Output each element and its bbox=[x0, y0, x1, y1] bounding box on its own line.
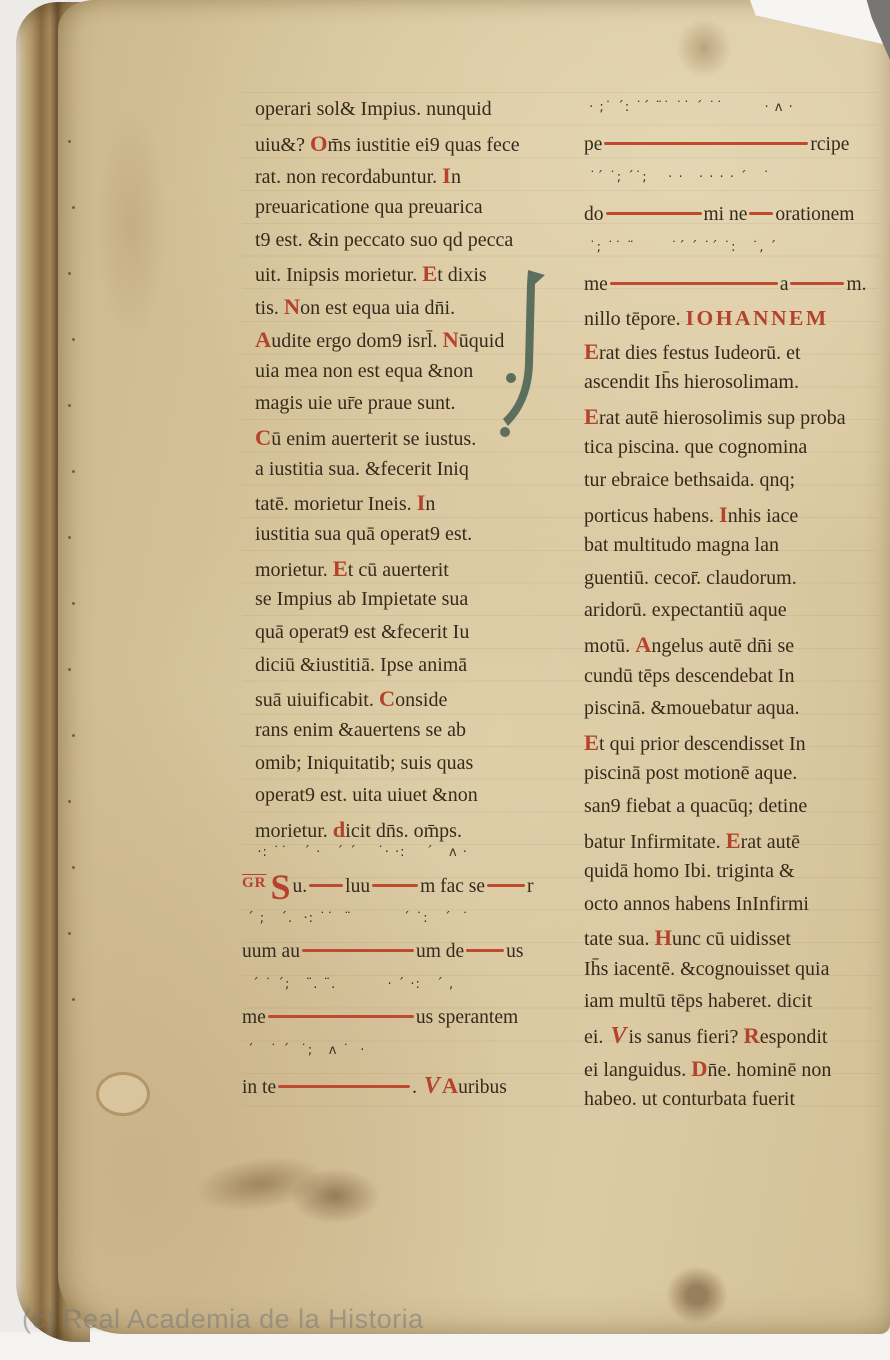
ink-text: cundū tēps descendebat In bbox=[584, 665, 794, 687]
ink-text: tur ebraice bethsaida. qnq; bbox=[584, 469, 795, 491]
ink-text: uia mea non est equa &non bbox=[255, 360, 473, 382]
manuscript-text-line: quā operat9 est &fecerit Iu bbox=[255, 621, 557, 654]
ink-text: r bbox=[527, 876, 534, 897]
melisma-extension-line bbox=[606, 212, 702, 215]
ink-text: bat multitudo magna lan bbox=[584, 534, 779, 556]
manuscript-text-line: uiu&? Om̄s iustitie ei9 quas fece bbox=[255, 131, 557, 164]
manuscript-text-line: san9 fiebat a quacūq; detine bbox=[584, 795, 888, 828]
melisma-extension-line bbox=[790, 282, 844, 285]
scanner-background bbox=[0, 1332, 890, 1360]
prick-mark bbox=[68, 404, 71, 407]
manuscript-text-line: t9 est. &in peccato suo qd pecca bbox=[255, 229, 557, 262]
red-initial: O bbox=[310, 131, 328, 156]
ink-text: rcipe bbox=[810, 134, 849, 155]
ink-text: iustitia sua quā operat9 est. bbox=[255, 523, 472, 545]
music-system: ´ ˙ ´; ¨. ¨. · ´ ·: ´ ,meus sperantem bbox=[242, 977, 560, 1043]
melisma-extension-line bbox=[604, 142, 808, 145]
fore-edge-tab bbox=[96, 1072, 150, 1116]
red-initial: R bbox=[743, 1023, 759, 1048]
red-initial: H bbox=[655, 925, 673, 950]
ink-text: rat dies festus Iudeorū. et bbox=[599, 342, 801, 364]
ink-text: t9 est. &in peccato suo qd pecca bbox=[255, 229, 513, 251]
ink-text: luu bbox=[345, 876, 370, 897]
manuscript-scan: operari sol& Impius. nunquiduiu&? Om̄s i… bbox=[0, 0, 890, 1360]
ink-text: diciū &iustitiā. Ipse animā bbox=[255, 654, 467, 676]
ink-text: ei languidus. bbox=[584, 1059, 691, 1081]
versus-mark: V bbox=[424, 1073, 440, 1099]
music-text-row: uum auum deus bbox=[242, 941, 560, 963]
ink-text: icit dn̄s. om̄ps. bbox=[345, 820, 462, 842]
ink-text: ei. bbox=[584, 1026, 608, 1048]
manuscript-text-line: ei languidus. Dn̄e. hominē non bbox=[584, 1056, 888, 1089]
melisma-extension-line bbox=[749, 212, 773, 215]
ink-text: do bbox=[584, 204, 604, 225]
ink-text: unc cū uidisset bbox=[672, 928, 791, 950]
manuscript-text-line: tica piscina. que cognomina bbox=[584, 436, 888, 469]
red-initial: N bbox=[443, 327, 459, 352]
manuscript-text-line: suā uiuificabit. Conside bbox=[255, 686, 557, 719]
manuscript-text-line: operat9 est. uita uiuet &non bbox=[255, 784, 557, 817]
manuscript-text-line: rat. non recordabuntur. In bbox=[255, 163, 557, 196]
music-system: ˙; ˙˙ ¨ ˙´ ´ ˙´ ˙: ˙, ´meam. bbox=[584, 240, 884, 310]
manuscript-text-line: tate sua. Hunc cū uidisset bbox=[584, 925, 888, 958]
red-initial: N bbox=[284, 294, 300, 319]
music-system: ´ ˙ ´ ˙; ʌ ˙ ·in te. VAuribus bbox=[242, 1043, 560, 1109]
ink-text: morietur. bbox=[255, 820, 333, 842]
ink-text: m fac se bbox=[420, 876, 485, 897]
rubric: IOHANNEM bbox=[686, 306, 829, 330]
ink-text: batur Infirmitate. bbox=[584, 831, 726, 853]
prick-mark bbox=[72, 734, 75, 737]
manuscript-text-line: Ih̄s iacentē. &cognouisset quia bbox=[584, 958, 888, 991]
ink-text: is sanus fieri? bbox=[628, 1026, 743, 1048]
ink-text: mi ne bbox=[704, 204, 748, 225]
manuscript-text-line: Et qui prior descendisset In bbox=[584, 730, 888, 763]
melisma-extension-line bbox=[309, 884, 343, 887]
red-initial: C bbox=[255, 425, 271, 450]
prick-mark bbox=[68, 668, 71, 671]
neumes-row: ´ ˙ ´ ˙; ʌ ˙ · bbox=[242, 1043, 560, 1073]
left-text-column: operari sol& Impius. nunquiduiu&? Om̄s i… bbox=[255, 98, 557, 850]
ink-text: ngelus autē dn̄i se bbox=[651, 635, 794, 657]
left-music-gradual: ·: ˙˙ ´ · ´ ´ ˙· ·: ´ ʌ ·GRSu.luum fac s… bbox=[242, 845, 560, 1109]
ink-text: udite ergo dom9 isrl̄. bbox=[271, 330, 442, 352]
prick-mark bbox=[72, 866, 75, 869]
ink-text: habeo. ut conturbata fuerit bbox=[584, 1088, 795, 1110]
ink-text: se Impius ab Impietate sua bbox=[255, 588, 468, 610]
right-music-verse: · ;˙ ´: ˙´ ¨˙ ˙˙ ´ ˙˙ · ʌ ·percipe ˙´ ˙;… bbox=[584, 100, 884, 310]
prick-mark bbox=[68, 272, 71, 275]
manuscript-text-line: preuaricatione qua preuarica bbox=[255, 196, 557, 229]
ink-text: rat autē bbox=[741, 831, 800, 853]
ink-text: t qui prior descendisset In bbox=[599, 733, 806, 755]
ink-text: m̄s iustitie ei9 quas fece bbox=[328, 134, 520, 156]
melisma-extension-line bbox=[302, 949, 414, 952]
red-initial: E bbox=[584, 404, 599, 429]
melisma-extension-line bbox=[610, 282, 778, 285]
ink-text: on est equa uia dn̄i. bbox=[300, 297, 455, 319]
ink-text: octo annos habens InInfirmi bbox=[584, 893, 809, 915]
ink-text: preuaricatione qua preuarica bbox=[255, 196, 483, 218]
manuscript-text-line: ascendit Ih̄s hierosolimam. bbox=[584, 371, 888, 404]
ink-text: n̄e. hominē non bbox=[707, 1059, 831, 1081]
ink-text: ascendit Ih̄s hierosolimam. bbox=[584, 371, 799, 393]
ink-text: suā uiuificabit. bbox=[255, 689, 379, 711]
ink-text: iam multū tēps haberet. dicit bbox=[584, 990, 812, 1012]
ink-text: u. bbox=[293, 876, 308, 897]
music-system: ˙´ ˙; ´˙; · · · · · · ´ ˙domi neoratione… bbox=[584, 170, 884, 240]
ink-text: me bbox=[242, 1007, 266, 1028]
ink-text: magis uie ur̄e praue sunt. bbox=[255, 392, 456, 414]
green-initial-I-icon bbox=[498, 268, 550, 438]
prick-mark bbox=[68, 800, 71, 803]
manuscript-text-line: batur Infirmitate. Erat autē bbox=[584, 828, 888, 861]
music-text-row: percipe bbox=[584, 134, 884, 156]
music-text-row: GRSu.luum fac ser bbox=[242, 875, 560, 898]
manuscript-text-line: omib; Iniquitatib; suis quas bbox=[255, 752, 557, 785]
ink-text: me bbox=[584, 274, 608, 295]
manuscript-text-line: se Impius ab Impietate sua bbox=[255, 588, 557, 621]
gradual-label: GR bbox=[242, 875, 267, 891]
red-initial: A bbox=[255, 327, 271, 352]
melisma-extension-line bbox=[466, 949, 504, 952]
ink-text: n bbox=[425, 493, 435, 515]
red-initial: A bbox=[442, 1073, 458, 1098]
versus-mark: V bbox=[610, 1023, 626, 1049]
ink-text: piscinā. &mouebatur aqua. bbox=[584, 697, 800, 719]
ink-text: motū. bbox=[584, 635, 635, 657]
ink-text: m. bbox=[846, 274, 866, 295]
prick-mark bbox=[68, 932, 71, 935]
manuscript-text-line: Erat dies festus Iudeorū. et bbox=[584, 339, 888, 372]
manuscript-text-line: nillo tēpore. IOHANNEM bbox=[584, 306, 888, 339]
ink-text: quā operat9 est &fecerit Iu bbox=[255, 621, 469, 643]
ink-text: orationem bbox=[775, 204, 854, 225]
music-text-row: meus sperantem bbox=[242, 1007, 560, 1029]
ink-text: rans enim &auertens se ab bbox=[255, 719, 466, 741]
ink-text: a bbox=[780, 274, 789, 295]
ink-text: quidā homo Ibi. triginta & bbox=[584, 860, 795, 882]
music-system: ´ ; ´. ·: ˙˙ ¨ ´ ˙: ´ ˙uum auum deus bbox=[242, 911, 560, 977]
ink-text: . bbox=[412, 1077, 422, 1098]
music-text-row: domi neorationem bbox=[584, 204, 884, 226]
red-initial: d bbox=[333, 817, 346, 842]
manuscript-text-line: tatē. morietur Ineis. In bbox=[255, 490, 557, 523]
manuscript-text-line: cundū tēps descendebat In bbox=[584, 665, 888, 698]
ink-text: operari sol& Impius. nunquid bbox=[255, 98, 492, 120]
melisma-extension-line bbox=[268, 1015, 414, 1018]
manuscript-text-line: guentiū. cecor̄. claudorum. bbox=[584, 567, 888, 600]
ink-text: uiu&? bbox=[255, 134, 310, 156]
neumes-row: ·: ˙˙ ´ · ´ ´ ˙· ·: ´ ʌ · bbox=[242, 845, 560, 875]
manuscript-text-line: quidā homo Ibi. triginta & bbox=[584, 860, 888, 893]
ink-text: tatē. morietur Ineis. bbox=[255, 493, 417, 515]
ink-text: tica piscina. que cognomina bbox=[584, 436, 807, 458]
ink-text: Ih̄s iacentē. &cognouisset quia bbox=[584, 958, 830, 980]
red-initial: A bbox=[635, 632, 651, 657]
neumes-row: ˙; ˙˙ ¨ ˙´ ´ ˙´ ˙: ˙, ´ bbox=[584, 240, 884, 274]
manuscript-text-line: aridorū. expectantiū aque bbox=[584, 599, 888, 632]
neumes-row: ´ ˙ ´; ¨. ¨. · ´ ·: ´ , bbox=[242, 977, 560, 1007]
manuscript-text-line: operari sol& Impius. nunquid bbox=[255, 98, 557, 131]
music-text-row: in te. VAuribus bbox=[242, 1073, 560, 1100]
manuscript-text-line: piscinā post motionē aque. bbox=[584, 762, 888, 795]
ink-text: tis. bbox=[255, 297, 284, 319]
ink-text: nillo tēpore. bbox=[584, 308, 686, 330]
prick-mark bbox=[68, 140, 71, 143]
ink-text: piscinā post motionē aque. bbox=[584, 762, 797, 784]
manuscript-text-line: octo annos habens InInfirmi bbox=[584, 893, 888, 926]
manuscript-text-line: morietur. Et cū auerterit bbox=[255, 556, 557, 589]
manuscript-text-line: a iustitia sua. &fecerit Iniq bbox=[255, 458, 557, 491]
red-initial: I bbox=[442, 163, 451, 188]
manuscript-text-line: diciū &iustitiā. Ipse animā bbox=[255, 654, 557, 687]
ink-text: in te bbox=[242, 1077, 276, 1098]
ink-text: us sperantem bbox=[416, 1007, 518, 1028]
red-initial: E bbox=[422, 261, 437, 286]
prick-mark bbox=[68, 536, 71, 539]
prick-mark bbox=[72, 206, 75, 209]
ink-text: aridorū. expectantiū aque bbox=[584, 599, 787, 621]
ink-text: um de bbox=[416, 941, 464, 962]
ink-text: omib; Iniquitatib; suis quas bbox=[255, 752, 473, 774]
ink-text: a iustitia sua. &fecerit Iniq bbox=[255, 458, 469, 480]
manuscript-text-line: iustitia sua quā operat9 est. bbox=[255, 523, 557, 556]
manuscript-text-line: motū. Angelus autē dn̄i se bbox=[584, 632, 888, 665]
right-text-column: nillo tēpore. IOHANNEMErat dies festus I… bbox=[584, 306, 888, 1121]
red-initial: E bbox=[726, 828, 741, 853]
ink-text: espondit bbox=[760, 1026, 828, 1048]
ink-text: t dixis bbox=[437, 264, 486, 286]
ink-text: tate sua. bbox=[584, 928, 655, 950]
prick-mark bbox=[72, 338, 75, 341]
neumes-row: ˙´ ˙; ´˙; · · · · · · ´ ˙ bbox=[584, 170, 884, 204]
ink-text: nhis iace bbox=[728, 505, 799, 527]
ink-text: morietur. bbox=[255, 559, 333, 581]
ink-text: uit. Inipsis morietur. bbox=[255, 264, 422, 286]
ink-text: pe bbox=[584, 134, 602, 155]
ink-text: porticus habens. bbox=[584, 505, 719, 527]
ink-text: ū enim auerterit se iustus. bbox=[271, 428, 476, 450]
ink-text: operat9 est. uita uiuet &non bbox=[255, 784, 478, 806]
melisma-extension-line bbox=[372, 884, 418, 887]
ink-text: uum au bbox=[242, 941, 300, 962]
melisma-extension-line bbox=[278, 1085, 410, 1088]
ink-text: t cū auerterit bbox=[348, 559, 449, 581]
red-initial: E bbox=[584, 339, 599, 364]
manuscript-text-line: piscinā. &mouebatur aqua. bbox=[584, 697, 888, 730]
ink-text: san9 fiebat a quacūq; detine bbox=[584, 795, 807, 817]
neumes-row: · ;˙ ´: ˙´ ¨˙ ˙˙ ´ ˙˙ · ʌ · bbox=[584, 100, 884, 134]
red-initial: E bbox=[584, 730, 599, 755]
prick-mark bbox=[72, 470, 75, 473]
music-system: · ;˙ ´: ˙´ ¨˙ ˙˙ ´ ˙˙ · ʌ ·percipe bbox=[584, 100, 884, 170]
ink-text: n bbox=[451, 166, 461, 188]
manuscript-text-line: bat multitudo magna lan bbox=[584, 534, 888, 567]
manuscript-text-line: ei. Vis sanus fieri? Respondit bbox=[584, 1023, 888, 1056]
ink-text: us bbox=[506, 941, 523, 962]
red-initial: C bbox=[379, 686, 395, 711]
red-initial: I bbox=[719, 502, 728, 527]
ink-text: onside bbox=[395, 689, 447, 711]
manuscript-text-line: rans enim &auertens se ab bbox=[255, 719, 557, 752]
manuscript-text-line: Erat autē hierosolimis sup proba bbox=[584, 404, 888, 437]
music-system: ·: ˙˙ ´ · ´ ´ ˙· ·: ´ ʌ ·GRSu.luum fac s… bbox=[242, 845, 560, 911]
manuscript-text-line: porticus habens. Inhis iace bbox=[584, 502, 888, 535]
copyright-watermark: (c) Real Academia de la Historia bbox=[22, 1304, 424, 1335]
manuscript-text-line: habeo. ut conturbata fuerit bbox=[584, 1088, 888, 1121]
ink-text: rat. non recordabuntur. bbox=[255, 166, 442, 188]
prick-marks bbox=[68, 140, 80, 1100]
ink-text: uribus bbox=[458, 1077, 507, 1098]
manuscript-text-line: tur ebraice bethsaida. qnq; bbox=[584, 469, 888, 502]
ink-text: guentiū. cecor̄. claudorum. bbox=[584, 567, 797, 589]
prick-mark bbox=[72, 602, 75, 605]
prick-mark bbox=[72, 998, 75, 1001]
ink-text: rat autē hierosolimis sup proba bbox=[599, 407, 846, 429]
melisma-extension-line bbox=[487, 884, 525, 887]
manuscript-text-line: iam multū tēps haberet. dicit bbox=[584, 990, 888, 1023]
red-initial: D bbox=[691, 1056, 707, 1081]
music-text-row: meam. bbox=[584, 274, 884, 296]
neumes-row: ´ ; ´. ·: ˙˙ ¨ ´ ˙: ´ ˙ bbox=[242, 911, 560, 941]
red-initial: E bbox=[333, 556, 348, 581]
